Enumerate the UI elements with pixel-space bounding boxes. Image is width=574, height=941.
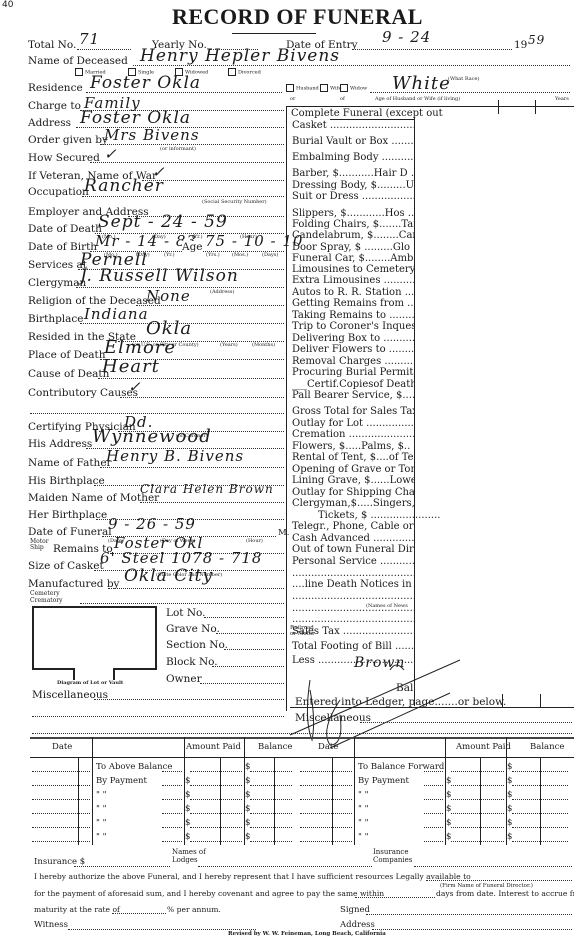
ledger-row-label: " " — [96, 818, 107, 828]
ledger-row-label: By Payment — [96, 776, 147, 786]
service-item: Pall Bearer Service, $.... U ...........… — [292, 390, 414, 401]
authorize-text: I hereby authorize the above Funeral, an… — [34, 872, 471, 881]
maturity-text: maturity at the rate of — [34, 905, 120, 914]
service-item: Candelabrum, $........Car ..............… — [292, 230, 414, 241]
casket-label: Size of Casket — [28, 560, 104, 572]
address-value[interactable]: Foster Okla — [80, 108, 191, 128]
funeral-date-value[interactable]: 9 - 26 - 59 — [108, 515, 196, 533]
ledger-header-left-2: Amount Paid — [186, 742, 241, 752]
ledger-amount-field[interactable] — [190, 813, 242, 814]
ledger-desc-dots — [162, 799, 182, 800]
date-of-entry-value[interactable]: 9 - 24 — [382, 28, 431, 46]
service-item: Tickets, $ .............................… — [318, 510, 440, 521]
cause-value[interactable]: Heart — [102, 356, 160, 377]
ssn-note: (Social Security Number) — [202, 199, 267, 205]
ledger-amount-field[interactable] — [451, 827, 504, 828]
ledger-header-left-0: Date — [52, 742, 72, 752]
his-address-value[interactable]: Wynnewood — [92, 426, 212, 447]
service-item: Burial Vault or Box ....................… — [292, 136, 414, 147]
ledger-desc-dots — [424, 827, 443, 828]
service-item: Lining Grave, $......Lowe ..............… — [292, 475, 414, 486]
checkbox-wife[interactable]: Wife — [320, 84, 341, 92]
ledger-row-label: " " — [358, 790, 369, 800]
occupation-value[interactable]: Rancher — [84, 176, 164, 196]
tickets-prefix: Railroador Motor — [290, 625, 315, 637]
ledger-balance-field[interactable] — [512, 827, 568, 828]
ledger-date-field[interactable] — [300, 813, 352, 814]
clergyman-value[interactable]: J. Russell Wilson — [80, 266, 239, 286]
ledger-date-field[interactable] — [32, 827, 90, 828]
ledger-balance-field[interactable] — [512, 771, 568, 772]
ledger-balance-field[interactable] — [512, 813, 568, 814]
revised-text: Revised by W. W. Feineman, Long Beach, C… — [228, 931, 386, 937]
ledger-date-field[interactable] — [32, 841, 90, 842]
service-item: ....line Death Notices in ..............… — [292, 579, 414, 590]
order-given-value[interactable]: Mrs Bivens — [104, 126, 200, 144]
ledger-top-border — [30, 737, 574, 739]
birth-sub-yrs: (Yrs.) — [206, 252, 220, 258]
service-item: Deliver Flowers to .....................… — [292, 344, 414, 355]
service-item: Clergyman,$.....Singers,$ ..............… — [292, 498, 414, 509]
service-item: Extra Limousines .......................… — [292, 275, 414, 286]
ledger-desc-dots — [162, 785, 182, 786]
service-item: Taking Remains to ......................… — [292, 310, 414, 321]
service-item: Door Spray, $ .........Glo .............… — [292, 242, 414, 253]
service-item: Folding Chairs, $.......Tar ............… — [292, 219, 414, 230]
total-no-value[interactable]: 71 — [79, 30, 100, 48]
ledger-amount-field[interactable] — [190, 827, 242, 828]
years-label: Years — [555, 96, 569, 102]
address-footer-label: Address — [340, 920, 375, 930]
mother-value[interactable]: Clara Helen Brown — [140, 482, 274, 496]
ledger-amount-field[interactable] — [451, 771, 504, 772]
ledger-date-field[interactable] — [300, 799, 352, 800]
address-label: Address — [28, 117, 71, 129]
service-item: Outlay for Lot .........................… — [292, 418, 414, 429]
ledger-column-line — [92, 737, 93, 845]
ledger-date-field[interactable] — [32, 799, 90, 800]
date-of-death-value[interactable]: Sept - 24 - 59 — [98, 212, 228, 232]
religion-value[interactable]: None — [146, 287, 191, 305]
service-item: Delivering Box to ......................… — [292, 333, 414, 344]
ledger-date-field[interactable] — [300, 771, 352, 772]
ledger-row-label: " " — [358, 818, 369, 828]
ledger-amount-field[interactable] — [190, 841, 242, 842]
ledger-desc-dots — [424, 799, 443, 800]
service-item: Opening of Grave or Tomb ...............… — [292, 464, 414, 475]
service-item: Embalming Body .........................… — [292, 152, 414, 163]
how-secured-value[interactable]: ✓ — [104, 145, 118, 163]
witness-label: Witness — [34, 920, 68, 930]
ledger-date-field[interactable] — [32, 771, 90, 772]
ledger-header-left-3: Balance — [258, 742, 292, 752]
ledger-amount-field[interactable] — [190, 799, 242, 800]
service-item: Gross Total for Sales Tax ..............… — [292, 406, 414, 417]
informant-note: (or informant) — [160, 146, 196, 152]
birthplace-label: Birthplace — [28, 313, 84, 325]
ledger-balance-field[interactable] — [250, 841, 292, 842]
ledger-balance-field[interactable] — [512, 799, 568, 800]
ledger-balance-field[interactable] — [250, 813, 292, 814]
service-item: Dressing Body, $.........U .............… — [292, 180, 414, 191]
residence-value[interactable]: Foster Okla — [90, 73, 201, 93]
service-item: Out of town Funeral Direc ..............… — [292, 544, 414, 555]
motor-ship-label: MotorShip — [30, 539, 49, 551]
services-box-border — [286, 106, 287, 711]
percent-text: % per annum. — [167, 905, 221, 914]
spouse-of: of — [340, 96, 345, 102]
order-given-label: Order given by — [28, 134, 108, 146]
ledger-column-line — [354, 737, 355, 845]
ledger-header-border — [30, 757, 574, 758]
ledger-desc-dots — [162, 827, 182, 828]
service-item: ___Certif.Copiesof Death Ce ............… — [292, 379, 414, 390]
service-item: Flowers, $.....Palms, $.. ..............… — [292, 441, 414, 452]
service-item: Funeral Car, $........Amb ..............… — [292, 253, 414, 264]
ledger-row-label: To Above Balance — [96, 762, 172, 772]
ledger-date-field[interactable] — [32, 785, 90, 786]
service-item: Autos to R. R. Station .................… — [292, 287, 414, 298]
checkbox-husband[interactable]: Husband — [286, 84, 319, 92]
contributory-value[interactable]: ✓ — [128, 378, 142, 396]
page-title: RECORD OF FUNERAL — [172, 4, 423, 30]
service-item: Limousines to Cemetery .................… — [292, 264, 414, 275]
ledger-row-label: " " — [358, 832, 369, 842]
ledger-desc-dots — [162, 813, 182, 814]
manufactured-value[interactable]: Okla City — [124, 566, 213, 586]
service-item: Trip to Coroner's Inquest ..............… — [292, 321, 414, 332]
occupation-label: Occupation — [28, 186, 89, 198]
ledger-date-field[interactable] — [300, 827, 352, 828]
days-text: days from date. Interest to accrue from — [436, 889, 574, 898]
ledger-header-right-2: Amount Paid — [456, 742, 511, 752]
ledger-amount-field[interactable] — [451, 799, 504, 800]
service-item: Telegr., Phone, Cable or Ra ............… — [292, 521, 414, 532]
charge-to-label: Charge to — [28, 100, 81, 112]
service-item: Procuring Burial Permit ................… — [292, 367, 414, 378]
newspapers-note: (Names of News — [366, 603, 408, 609]
lot-no-label: Lot No. — [166, 607, 206, 619]
birthplace-value[interactable]: Indiana — [84, 305, 149, 323]
ledger-desc-dots — [162, 841, 182, 842]
lodges-label: Names ofLodges — [172, 848, 206, 864]
residence-label: Residence — [28, 82, 83, 94]
clergy-address-note: (Address) — [210, 289, 234, 295]
service-item: Getting Remains from ...................… — [292, 298, 414, 309]
race-value[interactable]: White — [392, 73, 451, 94]
ledger-amount-field[interactable] — [190, 785, 242, 786]
companies-label: InsuranceCompanies — [373, 848, 412, 864]
funeral-sub-hour: (Hour) — [246, 538, 263, 544]
his-address-label: His Address — [28, 438, 92, 450]
ledger-amount-field[interactable] — [190, 771, 242, 772]
race-label: (What Race) — [448, 76, 479, 82]
ledger-amount-field[interactable] — [451, 813, 504, 814]
date-of-death-label: Date of Death — [28, 223, 102, 235]
service-item: ........................................ — [292, 568, 414, 579]
service-item: Personal Service .......................… — [292, 556, 414, 567]
service-item: ........................................ — [292, 591, 414, 602]
ledger-desc-dots — [424, 813, 443, 814]
service-item: ........................................ — [292, 614, 414, 625]
cemetery-label: CemeteryCrematory — [30, 590, 63, 604]
service-item: Suit or Dress ..........................… — [292, 191, 414, 202]
place-of-death-value[interactable]: Elmore — [104, 337, 176, 358]
ledger-desc-dots — [162, 771, 182, 772]
age-spouse-label: Age of Husband or Wife (if living) — [375, 96, 460, 102]
spouse-or: or — [290, 96, 295, 102]
service-item: Cash Advanced ..........................… — [292, 533, 414, 544]
ledger-header-right-3: Balance — [530, 742, 564, 752]
ledger-date-field[interactable] — [32, 813, 90, 814]
ledger-balance-field[interactable] — [250, 771, 292, 772]
ledger-row-label: " " — [358, 804, 369, 814]
corner-note: 40 — [2, 0, 13, 10]
service-item: Rental of Tent, $....of Ten ............… — [292, 452, 414, 463]
ledger-date-field[interactable] — [300, 785, 352, 786]
birth-sub-days: (Days) — [262, 252, 278, 258]
ledger-date-field[interactable] — [300, 841, 352, 842]
casket-value[interactable]: 6' Steel 1078 - 718 — [100, 549, 262, 567]
resided-sub-years: (Years) — [220, 342, 238, 348]
total-no-label: Total No. — [28, 39, 76, 51]
name-value[interactable]: Henry Hepler Bivens — [140, 46, 340, 66]
lot-diagram — [32, 606, 157, 670]
service-item: Outlay for Shipping Charge .............… — [292, 487, 414, 498]
father-value[interactable]: Henry B. Bivens — [106, 447, 244, 465]
service-item: Slippers, $............Hos .............… — [292, 208, 414, 219]
ledger-desc-dots — [424, 771, 443, 772]
service-item: Casket .................................… — [292, 120, 414, 131]
ledger-header-right-0: Date — [318, 742, 338, 752]
ledger-balance-field[interactable] — [250, 827, 292, 828]
year-prefix: 19 — [514, 39, 527, 51]
ledger-balance-field[interactable] — [250, 785, 292, 786]
funeral-date-label: Date of Funeral — [28, 526, 112, 538]
ledger-balance-field[interactable] — [512, 785, 568, 786]
ledger-row-label: By Payment — [358, 776, 409, 786]
year-value[interactable]: 59 — [528, 33, 545, 47]
ledger-balance-field[interactable] — [250, 799, 292, 800]
service-item: Removal Charges ........................… — [292, 356, 414, 367]
covenant-text: for the payment of aforesaid sum, and I … — [34, 889, 384, 898]
birth-sub-mos: (Mos.) — [232, 252, 248, 258]
age-value[interactable]: 75 - 10 - 10 — [205, 232, 303, 250]
grave-no-label: Grave No. — [166, 623, 220, 635]
ledger-row-label: " " — [96, 832, 107, 842]
resided-sub-months: (Months) — [252, 342, 275, 348]
ledger-desc-dots — [424, 841, 443, 842]
name-label: Name of Deceased — [28, 55, 128, 67]
lot-diagram-caption: Diagram of Lot or Vault — [57, 680, 123, 686]
service-item: Cremation ..............................… — [292, 429, 414, 440]
birth-sub-yr: (Yr.) — [164, 252, 175, 258]
resided-value[interactable]: Okla — [146, 318, 192, 339]
service-item: Barber, $...........Hair D .............… — [292, 168, 414, 179]
ledger-desc-dots — [424, 785, 443, 786]
ledger-amount-field[interactable] — [451, 785, 504, 786]
place-of-death-label: Place of Death — [28, 349, 106, 361]
ledger-amount-field[interactable] — [451, 841, 504, 842]
ledger-row-label: " " — [96, 804, 107, 814]
age-label: Age — [182, 241, 203, 253]
checkbox-widow[interactable]: Widow — [340, 84, 367, 92]
checkbox-divorced[interactable]: Divorced — [228, 68, 261, 76]
title-underline — [232, 33, 316, 34]
manufactured-label: Manufactured by — [28, 578, 120, 590]
ledger-row-label: " " — [96, 790, 107, 800]
ledger-balance-field[interactable] — [512, 841, 568, 842]
services-heading: Complete Funeral (except out — [291, 108, 443, 119]
funeral-meridiem: M. — [278, 528, 289, 538]
